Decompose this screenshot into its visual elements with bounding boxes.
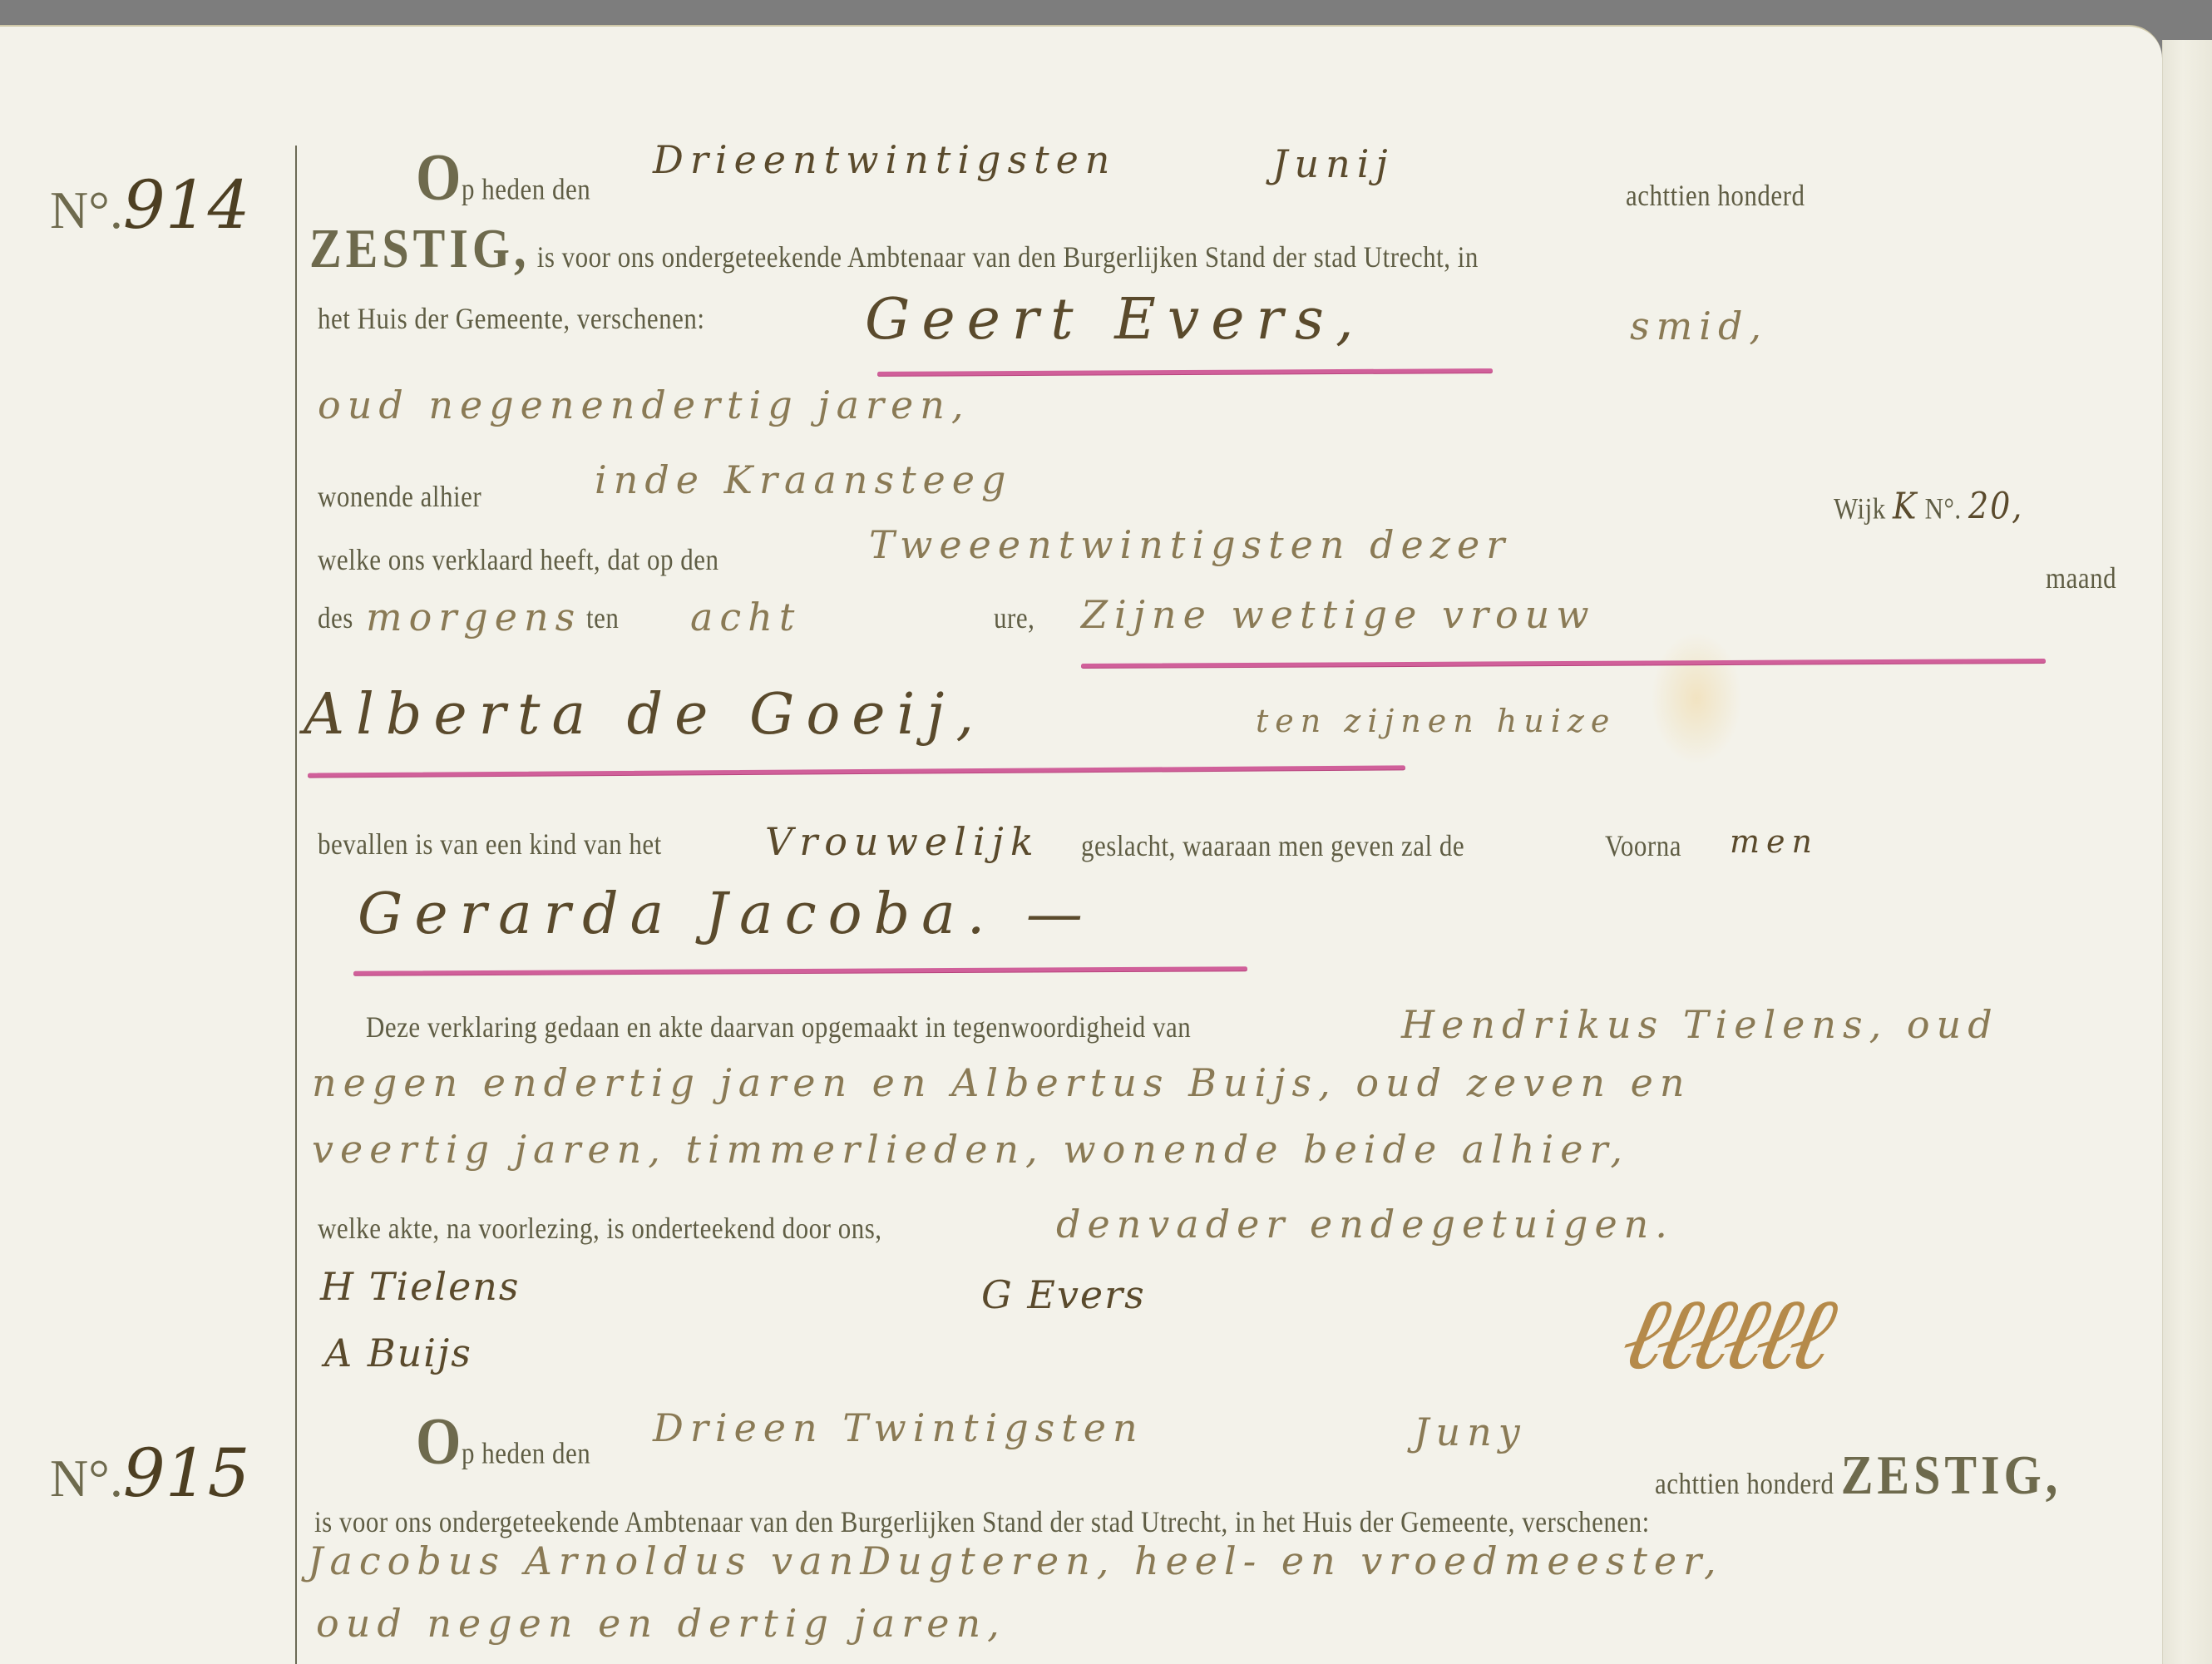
act915-line2: is voor ons ondergeteekende Ambtenaar va… xyxy=(314,1505,1650,1539)
month-handwritten: Juny xyxy=(1414,1410,1527,1454)
signers-handwritten: denvader endegetuigen. xyxy=(1056,1202,1674,1247)
signature-father: G Evers xyxy=(981,1272,1146,1317)
date-handwritten: Drieentwintigsten xyxy=(653,137,1116,182)
achttien-honderd-text: achttien honderd xyxy=(1655,1467,1834,1500)
onderteekend-text: welke akte, na voorlezing, is onderteeke… xyxy=(318,1212,882,1246)
initial-o: O xyxy=(416,141,462,215)
number-value: 915 xyxy=(123,1434,250,1512)
ten-label: ten xyxy=(586,601,619,635)
hour-handwritten: acht xyxy=(690,595,801,639)
house-number-value: 20, xyxy=(1968,485,2023,527)
signature-official: ℓℓℓℓℓℓ xyxy=(1606,1276,1987,1426)
maand-label: maand xyxy=(2046,561,2116,595)
margin-rule xyxy=(295,146,297,1664)
act914-line2: ZESTIG, is voor ons ondergeteekende Ambt… xyxy=(309,216,1479,280)
declarant-handwritten: Jacobus Arnoldus vanDugteren, heel- en v… xyxy=(308,1538,1723,1583)
achttien-honderd: achttien honderd ZESTIG, xyxy=(1655,1443,2061,1507)
act915-line1-print: Op heden den xyxy=(416,1404,590,1480)
signature-witness2: A Buijs xyxy=(324,1331,472,1375)
birth-place-handwritten: ten zijnen huize xyxy=(1256,703,1616,739)
paper-stain xyxy=(1651,632,1742,765)
witness1-handwritten: Hendrikus Tielens, oud xyxy=(1401,1002,1999,1047)
verklaard-heeft: welke ons verklaard heeft, dat op den xyxy=(318,543,718,577)
ure-label: ure, xyxy=(994,601,1034,635)
initial-o: O xyxy=(416,1405,462,1479)
father-age-handwritten: oud negenendertig jaren, xyxy=(318,383,970,427)
declarant-age-handwritten: oud negen en dertig jaren, xyxy=(316,1601,1006,1646)
child-name-handwritten: Gerarda Jacoba. — xyxy=(358,881,1094,947)
wijk-value: K xyxy=(1893,485,1918,527)
zestig-label: ZESTIG, xyxy=(309,217,531,279)
mother-name-handwritten: Alberta de Goeij, xyxy=(304,682,985,748)
voornamen-suffix-handwritten: men xyxy=(1730,823,1819,860)
address-handwritten: inde Kraansteeg xyxy=(595,457,1012,502)
wijk-label: Wijk xyxy=(1834,491,1886,525)
act914-line1-print: Op heden den xyxy=(416,140,590,216)
child-sex-handwritten: Vrouwelijk xyxy=(765,819,1040,864)
time-of-day-handwritten: morgens xyxy=(366,595,581,639)
wijk-field: Wijk K N°. 20, xyxy=(1834,485,2023,527)
signature-witness1: H Tielens xyxy=(320,1264,521,1309)
birth-day-handwritten: Tweeentwintigsten dezer xyxy=(869,522,1511,567)
father-name-handwritten: Geert Evers, xyxy=(865,287,1365,353)
deze-verklaring-text: Deze verklaring gedaan en akte daarvan o… xyxy=(366,1010,1191,1044)
number-value: 914 xyxy=(123,166,250,244)
act914-line3-print: het Huis der Gemeente, verschenen: xyxy=(318,302,704,336)
geslacht-text: geslacht, waaraan men geven zal de xyxy=(1081,829,1464,863)
no-label: N°. xyxy=(1925,491,1962,525)
zestig-label: ZESTIG, xyxy=(1841,1444,2062,1506)
wonende-alhier: wonende alhier xyxy=(318,480,481,514)
op-heden-den: p heden den xyxy=(462,172,590,205)
next-page-edge xyxy=(2162,40,2212,1664)
number-prefix: N°. xyxy=(50,1449,123,1508)
occupation-handwritten: smid, xyxy=(1630,304,1768,348)
line2-text: is voor ons ondergeteekende Ambtenaar va… xyxy=(537,240,1479,274)
voorna-label: Voorna xyxy=(1605,829,1681,863)
month-handwritten: Junij xyxy=(1272,141,1395,186)
date-handwritten: Drieen Twintigsten xyxy=(653,1405,1144,1450)
act-number-915: N°.915 xyxy=(50,1434,250,1512)
des-label: des xyxy=(318,601,353,635)
number-prefix: N°. xyxy=(50,180,123,239)
act-number-914: N°.914 xyxy=(50,166,250,244)
achttien-honderd: achttien honderd xyxy=(1626,179,1805,213)
witness-details-line1: negen endertig jaren en Albertus Buijs, … xyxy=(312,1060,1691,1105)
bevallen-text: bevallen is van een kind van het xyxy=(318,827,662,862)
witness-details-line2: veertig jaren, timmerlieden, wonende bei… xyxy=(312,1127,1629,1172)
relation-handwritten: Zijne wettige vrouw xyxy=(1081,592,1596,637)
op-heden-den: p heden den xyxy=(462,1436,590,1469)
